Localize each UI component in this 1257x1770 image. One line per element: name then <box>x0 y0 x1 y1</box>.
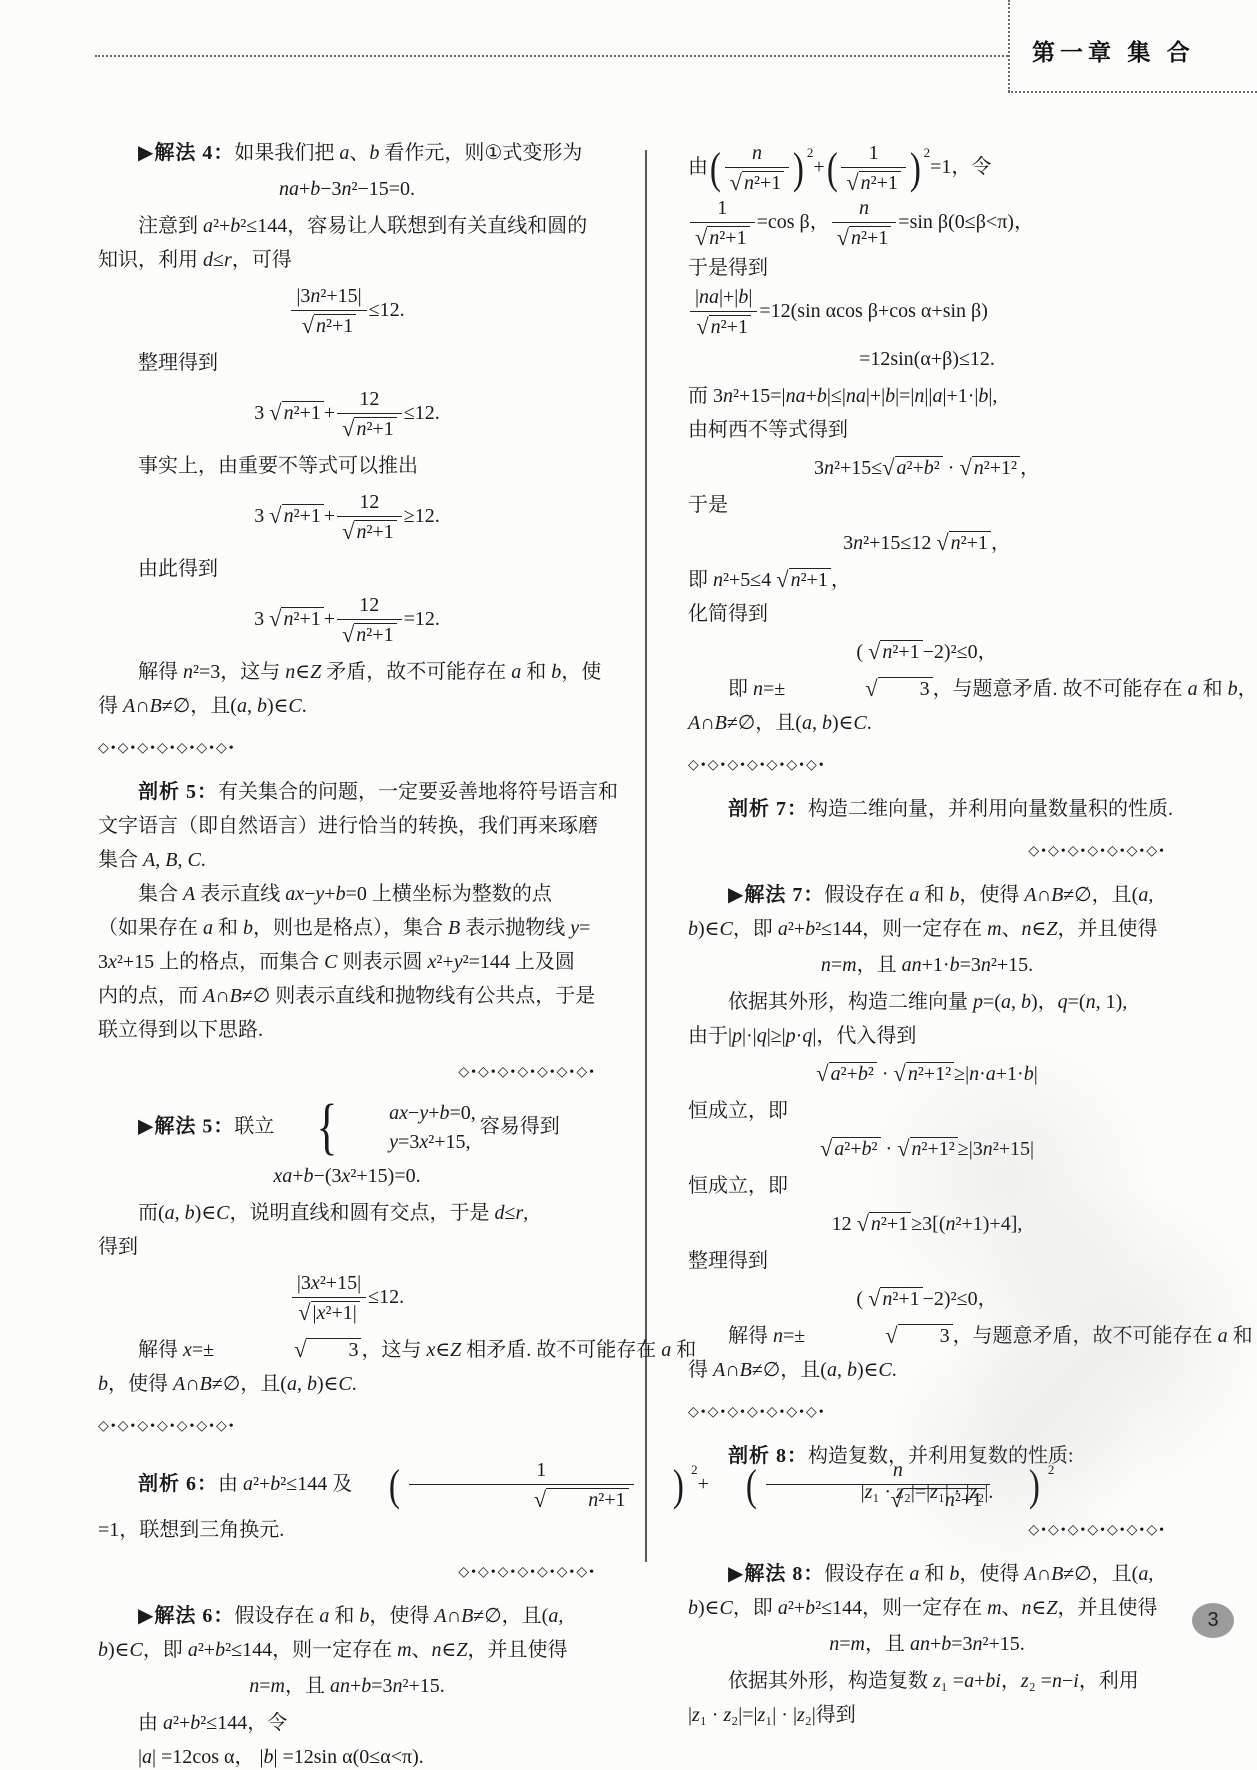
math-var: y <box>570 917 579 939</box>
radicand: n²+1 <box>314 314 356 338</box>
math-var: A <box>183 883 195 905</box>
formula-line: ( √n²+1−2)²≤0， <box>688 638 1166 665</box>
math-var: C <box>719 1597 732 1619</box>
text-line: b)∈C，即 a²+b²≤144，则一定存在 m、n∈Z，并且使得 <box>688 1591 1166 1625</box>
square-root: √a²+b² <box>816 1060 877 1086</box>
section-divider: ◇•◇•◇•◇•◇•◇•◇• <box>688 1514 1166 1548</box>
math-var: B <box>200 1373 212 1395</box>
radical-sign: √ <box>897 1136 909 1162</box>
radicand: n²+1 <box>880 1287 922 1311</box>
math-var: x <box>419 1131 428 1153</box>
radical-sign: √ <box>298 1300 310 1326</box>
formula-line: =12sin(α+β)≤12. <box>688 347 1166 372</box>
formula-line: √a²+b² · √n²+1²≥|n·a+1·b| <box>688 1060 1166 1087</box>
math-var: A <box>688 712 700 734</box>
math-var: Z <box>456 1639 467 1661</box>
math-var: a <box>661 1339 671 1361</box>
math-var: A <box>123 695 135 717</box>
math-var: z <box>758 1704 766 1726</box>
system-row: y=3x²+15, <box>349 1128 476 1157</box>
radical-sign: √ <box>846 170 858 196</box>
radicand: n²+1 <box>546 1488 628 1512</box>
math-var: n <box>356 521 366 543</box>
math-var: a <box>163 1712 173 1734</box>
radical-sign: √ <box>820 1136 832 1162</box>
math-var: C <box>878 1359 891 1381</box>
math-var: b <box>1228 678 1238 700</box>
text-line: 得 A∩B≠∅，且(a, b)∈C. <box>688 1353 1166 1387</box>
section-divider: ◇•◇•◇•◇•◇•◇•◇• <box>98 732 596 766</box>
math-var: z <box>797 1704 805 1726</box>
big-paren: ) <box>910 149 921 189</box>
section-divider: ◇•◇•◇•◇•◇•◇•◇• <box>688 835 1166 869</box>
formula-line: |3x²+15|√|x²+1|≤12. <box>98 1271 596 1326</box>
square-root: √n²+1 <box>846 169 901 195</box>
square-root: √n²+1 <box>695 224 750 250</box>
text-line: |a| =12cos α， |b| =12sin α(0≤α<π). <box>98 1740 596 1770</box>
text-line: 剖析 8：构造复数，并利用复数的性质: <box>688 1439 1166 1473</box>
math-var: n <box>829 1633 839 1655</box>
math-var: C <box>324 951 337 973</box>
formula-line: 3 √n²+1+12√n²+1≤12. <box>98 387 596 442</box>
math-var: na <box>279 178 299 200</box>
bold-label: ▶解法 5： <box>138 1116 234 1138</box>
math-var: sin <box>797 300 820 322</box>
math-var: q <box>757 1025 767 1047</box>
math-var: n <box>310 285 320 307</box>
math-var: b <box>310 178 320 200</box>
square-root: √|x²+1| <box>298 1299 359 1325</box>
radical-sign: √ <box>730 170 742 196</box>
math-var: m <box>270 1675 284 1697</box>
text-line: 化简得到 <box>688 597 1166 631</box>
math-var: n <box>914 385 924 407</box>
text-line: 而(a, b)∈C，说明直线和圆有交点，于是 d≤r, <box>98 1196 596 1230</box>
math-var: b <box>361 1675 371 1697</box>
bold-label: ▶解法 7： <box>728 884 824 906</box>
formula-line: √a²+b² · √n²+1²≥|3n²+15| <box>688 1135 1166 1162</box>
formula-line: n=m，且 an+b=3n²+15. <box>688 1632 1166 1657</box>
math-var: b <box>822 712 832 734</box>
text-line: 集合 A, B, C. <box>98 843 596 877</box>
math-var: n <box>1052 1670 1062 1692</box>
square-root: √a²+b² <box>820 1135 881 1161</box>
radicand: n²+1 <box>742 171 784 195</box>
math-var: z <box>933 1670 941 1692</box>
radicand: n²+1 <box>282 401 324 425</box>
math-var: b <box>688 1597 698 1619</box>
math-var: x <box>428 951 437 973</box>
formula-line: 12 √n²+1≥3[(n²+1)+4], <box>688 1210 1166 1237</box>
radicand: n²+1 <box>869 1212 911 1236</box>
math-var: x <box>317 1302 326 1324</box>
fraction: 12√n²+1 <box>337 593 402 648</box>
math-var: a <box>827 1359 837 1381</box>
text-line: 由柯西不等式得到 <box>688 413 1166 447</box>
radicand: n²+1 <box>281 607 323 631</box>
math-var: b <box>307 1373 317 1395</box>
text-line: b)∈C，即 a²+b²≤144，则一定存在 m、n∈Z，并且使得 <box>98 1633 596 1667</box>
numerator: |3n²+15| <box>291 284 366 310</box>
radical-sign: √ <box>342 519 354 545</box>
text-line: 于是得到 <box>688 251 1166 285</box>
header-dotted-rule-left <box>95 55 1008 57</box>
math-var: a <box>834 1138 844 1160</box>
numerator: 12 <box>337 387 402 413</box>
numerator: n <box>832 196 897 222</box>
math-var: a <box>165 1202 175 1224</box>
math-var: n <box>316 315 326 337</box>
radical-sign: √ <box>868 639 880 665</box>
math-var: cos <box>889 300 916 322</box>
math-var: n <box>284 505 294 527</box>
math-var: na <box>786 385 806 407</box>
square-root: √n²+1 <box>868 1285 923 1311</box>
text-line: 解得 n=±√3，与题意矛盾，故不可能存在 a 和 b，使 <box>688 1319 1166 1353</box>
math-var: b <box>304 1165 314 1187</box>
math-var: b <box>359 1605 369 1627</box>
numerator: 12 <box>337 490 402 516</box>
math-var: A <box>713 1359 725 1381</box>
math-var: A <box>1024 1563 1036 1585</box>
square-root: √3 <box>805 1322 952 1348</box>
math-var: Z <box>450 1339 461 1361</box>
text-line: 事实上，由重要不等式可以推出 <box>98 449 596 483</box>
math-var: cos <box>192 1746 219 1768</box>
math-var: a <box>909 884 919 906</box>
math-var: b <box>270 1473 280 1495</box>
text-line: 即 n=±√3，与题意矛盾. 故不可能存在 a 和 b，使得 <box>688 672 1166 706</box>
text-line: A∩B≠∅，且(a, b)∈C. <box>688 706 1166 740</box>
math-var: q <box>1058 991 1068 1013</box>
page-number-badge: 3 <box>1192 1603 1234 1638</box>
section-divider: ◇•◇•◇•◇•◇•◇•◇• <box>98 1410 596 1444</box>
text-line: 3x²+15 上的格点，而集合 C 则表示圆 x²+y²=144 上及圆 <box>98 945 596 979</box>
radicand: 3 <box>306 1338 361 1362</box>
math-var: a <box>831 1063 841 1085</box>
math-var: a <box>802 712 812 734</box>
math-var: n <box>752 142 762 164</box>
text-line: ▶解法 4：如果我们把 a、b 看作元，则①式变形为 <box>98 136 596 170</box>
math-var: a <box>142 1746 152 1768</box>
denominator: √n²+1 <box>409 1484 634 1513</box>
math-var: Z <box>310 661 321 683</box>
math-var: y <box>454 951 463 973</box>
math-var: d <box>203 249 213 271</box>
square-root: √n²+1 <box>936 529 991 555</box>
math-var: b <box>215 1639 225 1661</box>
denominator: √n²+1 <box>690 311 757 340</box>
radicand: n²+1 <box>354 520 396 544</box>
math-var: a <box>1001 991 1011 1013</box>
denominator: √n²+1 <box>832 222 897 251</box>
radical-sign: √ <box>254 1337 306 1363</box>
math-var: a <box>1218 1325 1228 1347</box>
square-root: √n²+1 <box>342 621 397 647</box>
math-var: C <box>719 918 732 940</box>
math-var: C <box>129 1639 142 1661</box>
radical-sign: √ <box>845 1323 897 1349</box>
square-root: √n²+1 <box>454 1486 629 1512</box>
math-var: ax <box>285 883 304 905</box>
math-var: b <box>847 1359 857 1381</box>
math-var: b <box>243 917 253 939</box>
radicand: n²+1² <box>906 1062 954 1086</box>
formula-line: 3n²+15≤12 √n²+1， <box>688 529 1166 556</box>
math-var: a <box>964 1670 974 1692</box>
radicand: n²+1 <box>354 417 396 441</box>
math-var: y <box>315 883 324 905</box>
math-var: b <box>190 1712 200 1734</box>
formula-line: na+b−3n²−15=0. <box>98 177 596 202</box>
math-var: n <box>824 457 834 479</box>
denominator: √n²+1 <box>841 167 906 196</box>
math-var: a <box>548 1605 558 1627</box>
text-line: 得到 <box>98 1230 596 1264</box>
math-var: B <box>448 917 460 939</box>
math-var: B <box>461 1605 473 1627</box>
math-var: n <box>969 1063 979 1085</box>
section-divider: ◇•◇•◇•◇•◇•◇•◇• <box>98 1556 596 1590</box>
big-paren: ( <box>827 149 838 189</box>
math-var: a <box>986 1063 996 1085</box>
text-line: 内的点，而 A∩B≠∅ 则表示直线和抛物线有公共点，于是 <box>98 979 596 1013</box>
fraction: 1√n²+1 <box>409 1458 634 1513</box>
math-var: b <box>336 883 346 905</box>
math-var: p <box>786 1025 796 1047</box>
math-var: an <box>330 1675 350 1697</box>
square-root: √n²+1 <box>696 313 751 339</box>
math-var: i <box>1073 1670 1079 1692</box>
radicand: n²+1 <box>707 226 749 250</box>
math-var: n <box>912 1138 922 1160</box>
text-line: 恒成立，即 <box>688 1094 1166 1128</box>
math-var: n <box>249 1675 259 1697</box>
text-line: =1，联想到三角换元. <box>98 1513 596 1547</box>
system-row: ax−y+b=0, <box>349 1099 476 1128</box>
math-var: sin <box>943 300 966 322</box>
formula-line: 3 √n²+1+12√n²+1≥12. <box>98 490 596 545</box>
radical-sign: √ <box>342 622 354 648</box>
math-var: a <box>909 1563 919 1585</box>
radicand: a²+b² <box>895 456 943 480</box>
math-var: n <box>285 661 295 683</box>
page-number: 3 <box>1207 1609 1218 1631</box>
math-var: na <box>846 385 866 407</box>
math-var: b <box>924 457 934 479</box>
radical-sign: √ <box>342 416 354 442</box>
math-var: cos <box>836 300 863 322</box>
math-var: z <box>865 1481 873 1503</box>
math-var: an <box>910 1633 930 1655</box>
math-var: n <box>713 569 723 591</box>
header-dotted-rule-vertical <box>1008 0 1010 92</box>
radicand: n²+1 <box>282 504 324 528</box>
square-root: √n²+1² <box>894 1060 955 1086</box>
right-column: 由(n√n²+1)2+(1√n²+1)2=1，令1√n²+1=cos β，n√n… <box>688 136 1166 1732</box>
math-var: n <box>432 1639 442 1661</box>
radicand: n²+1 <box>354 623 396 647</box>
formula-line: xa+b−(3x²+15)=0. <box>98 1164 596 1189</box>
bold-label: 剖析 5： <box>138 781 218 803</box>
radicand: n²+1 <box>859 171 901 195</box>
math-var: C <box>853 712 866 734</box>
text-line: ▶解法 7：假设存在 a 和 b，使得 A∩B≠∅，且(a, <box>688 878 1166 912</box>
radicand: n²+1 <box>709 315 751 339</box>
math-var: n <box>871 1213 881 1235</box>
text-line: （如果存在 a 和 b，则也是格点），集合 B 表示抛物线 y= <box>98 911 596 945</box>
math-var: b <box>950 954 960 976</box>
text-line: 由此得到 <box>98 552 596 586</box>
denominator: √n²+1 <box>725 167 790 196</box>
math-var: n <box>283 608 293 630</box>
math-var: b <box>551 661 561 683</box>
math-var: b <box>949 884 959 906</box>
numerator: 1 <box>409 1458 634 1484</box>
math-var: b <box>978 385 988 407</box>
radicand: n²+1 <box>949 531 991 555</box>
math-var: n <box>981 954 991 976</box>
math-var: a <box>511 661 521 683</box>
radical-sign: √ <box>894 1061 906 1087</box>
math-var: a <box>203 215 213 237</box>
denominator: √n²+1 <box>337 516 402 545</box>
radical-sign: √ <box>816 1061 828 1087</box>
text-line: 集合 A 表示直线 ax−y+b=0 上横坐标为整数的点 <box>98 877 596 911</box>
square-root: √n²+1 <box>269 502 324 528</box>
system-rows: ax−y+b=0,y=3x²+15, <box>349 1099 476 1157</box>
text-line: 1√n²+1=cos β，n√n²+1=sin β(0≤β<π)， <box>688 196 1166 251</box>
fraction: |na|+|b|√n²+1 <box>690 285 757 340</box>
math-var: B <box>1051 884 1063 906</box>
math-var: z <box>723 1704 731 1726</box>
math-var: n <box>744 172 754 194</box>
math-var: b <box>257 695 267 717</box>
denominator: √n²+1 <box>337 413 402 442</box>
numerator: 12 <box>337 593 402 619</box>
text-line: 恒成立，即 <box>688 1169 1166 1203</box>
text-line: b)∈C，即 a²+b²≤144，则一定存在 m、n∈Z，并且使得 <box>688 912 1166 946</box>
math-var: b <box>263 1746 273 1768</box>
bold-label: 剖析 7： <box>728 798 808 820</box>
math-var: b <box>369 142 379 164</box>
math-var: p <box>973 991 983 1013</box>
math-var: q <box>802 1025 812 1047</box>
text-line: 文字语言（即自然语言）进行恰当的转换，我们再来琢磨 <box>98 809 596 843</box>
radicand: n²+1 <box>849 226 891 250</box>
math-var: n <box>882 1288 892 1310</box>
math-var: m <box>397 1639 411 1661</box>
math-var: n <box>709 227 719 249</box>
math-var: a <box>897 457 907 479</box>
numerator: |na|+|b| <box>690 285 757 311</box>
numerator: 1 <box>841 141 906 167</box>
formula-line: n=m，且 an+1·b=3n²+15. <box>688 953 1166 978</box>
text-line: 知识，利用 d≤r，可得 <box>98 243 596 277</box>
math-var: B <box>1051 1563 1063 1585</box>
math-var: xa <box>273 1165 292 1187</box>
math-var: n <box>973 1633 983 1655</box>
math-var: sin <box>890 348 913 370</box>
text-line: 得 A∩B≠∅，且(a, b)∈C. <box>98 689 596 723</box>
math-var: n <box>853 532 863 554</box>
text-line: 依据其外形，构造复数 z₁ =a+bi，z₂ =n−i，利用 <box>688 1664 1166 1698</box>
left-column: ▶解法 4：如果我们把 a、b 看作元，则①式变形为na+b−3n²−15=0.… <box>98 136 596 1770</box>
text-line: 依据其外形，构造二维向量 p=(a, b)，q=(n, 1), <box>688 985 1166 1019</box>
bold-label: 剖析 8： <box>728 1445 808 1467</box>
math-var: z <box>692 1704 700 1726</box>
chapter-title: 第一章 集 合 <box>1032 34 1195 67</box>
square-root: √n²+1 <box>837 224 892 250</box>
math-var: b <box>738 286 748 308</box>
text-line: |z₁ · z₂|=|z₁| · |z₂|得到 <box>688 1698 1166 1732</box>
math-var: n <box>951 532 961 554</box>
math-var: an <box>902 954 922 976</box>
radical-sign: √ <box>302 313 314 339</box>
math-var: b <box>98 1639 108 1661</box>
math-var: x <box>342 1165 351 1187</box>
math-var: A <box>143 849 155 871</box>
math-var: n <box>773 1325 783 1347</box>
square-root: √a²+b² <box>882 454 943 480</box>
math-var: C <box>187 849 200 871</box>
bold-label: ▶解法 8： <box>728 1563 824 1585</box>
math-var: n <box>1086 991 1096 1013</box>
radical-sign: √ <box>776 567 788 593</box>
big-paren: ( <box>359 1466 400 1506</box>
math-var: n <box>851 227 861 249</box>
text-line: 剖析 7：构造二维向量，并利用向量数量积的性质. <box>688 792 1166 826</box>
square-root: √n²+1 <box>730 169 785 195</box>
formula-line: ( √n²+1−2)²≤0， <box>688 1285 1166 1312</box>
math-var: b <box>98 1373 108 1395</box>
fraction: n√n²+1 <box>725 141 790 196</box>
numerator: n <box>725 141 790 167</box>
math-var: b <box>1021 991 1031 1013</box>
formula-line: |3n²+15|√n²+1≤12. <box>98 284 596 339</box>
math-var: b <box>885 385 895 407</box>
big-paren: ) <box>642 1466 683 1506</box>
math-var: B <box>150 695 162 717</box>
math-var: a <box>1188 678 1198 700</box>
math-var: a <box>287 1373 297 1395</box>
big-paren: ) <box>793 149 804 189</box>
radicand: n²+1² <box>910 1137 958 1161</box>
text-line: 整理得到 <box>98 346 596 380</box>
math-var: b <box>185 1202 195 1224</box>
math-var: B <box>230 985 242 1007</box>
math-var: z <box>930 1481 938 1503</box>
math-var: d <box>494 1202 504 1224</box>
text-line: 整理得到 <box>688 1244 1166 1278</box>
math-var: a <box>319 1605 329 1627</box>
text-line: ▶解法 8：假设存在 a 和 b，使得 A∩B≠∅，且(a, <box>688 1557 1166 1591</box>
math-var: y <box>419 1102 428 1124</box>
text-line: 联立得到以下思路. <box>98 1013 596 1047</box>
math-var: n <box>588 1489 598 1511</box>
text-line: 即 n²+5≤4 √n²+1， <box>688 563 1166 597</box>
math-var: a <box>203 917 213 939</box>
math-var: a <box>339 142 349 164</box>
radical-sign: √ <box>695 225 707 251</box>
math-var: n <box>983 1138 993 1160</box>
math-var: C <box>338 1373 351 1395</box>
math-var: na <box>699 286 719 308</box>
math-var: x <box>108 951 117 973</box>
math-var: n <box>974 457 984 479</box>
math-var: a <box>1138 884 1148 906</box>
math-var: ax <box>389 1102 408 1124</box>
